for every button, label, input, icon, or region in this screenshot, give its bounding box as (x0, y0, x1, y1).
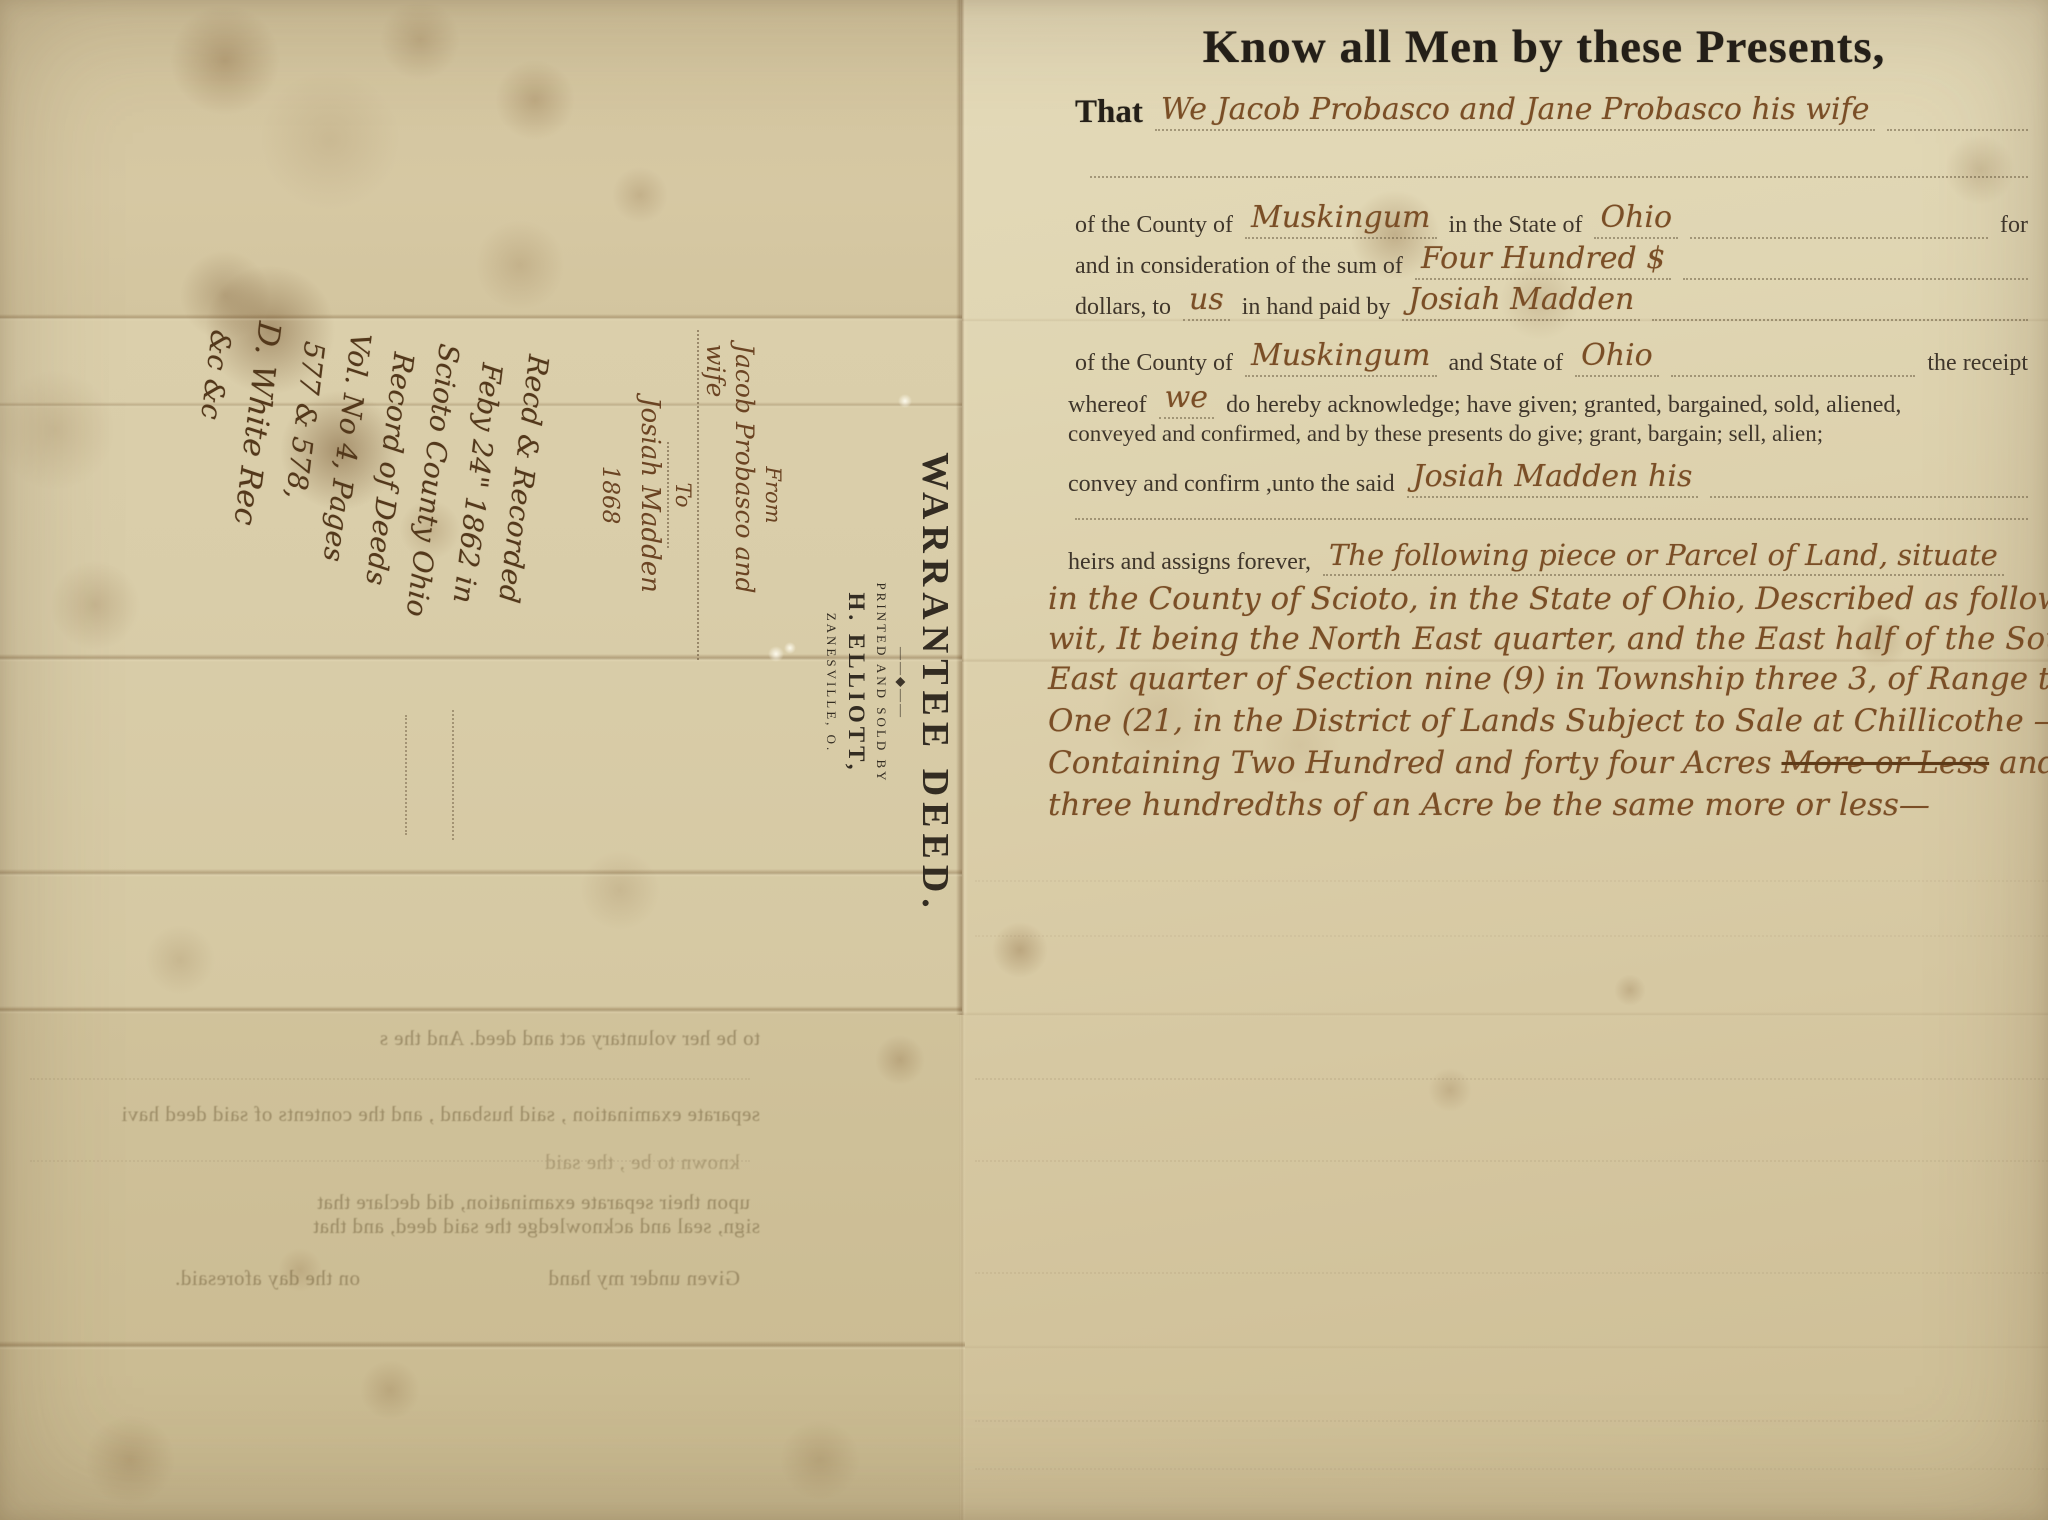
label-printed-by: PRINTED AND SOLD BY (873, 582, 889, 783)
handwritten-text: three hundredths of an Acre be the same … (1048, 787, 1930, 823)
handwritten-text: Ohio (1594, 200, 1678, 239)
label-title: WARRANTEE DEED. (913, 452, 957, 914)
deed-line: and in consideration of the sum of Four … (1075, 241, 2028, 280)
handwritten-text: Josiah Madden (1402, 282, 1640, 321)
paper-back-top (0, 0, 962, 320)
horizontal-crease (0, 1006, 962, 1014)
printed-text: do hereby acknowledge; have given; grant… (1226, 392, 1901, 419)
handwritten-text: East quarter of Section nine (9) in Town… (1048, 661, 2048, 697)
handwritten-text: wit, It being the North East quarter, an… (1048, 621, 2048, 657)
printed-text: and in consideration of the sum of (1075, 253, 1403, 280)
printed-text: of the County of (1075, 350, 1233, 377)
deed-line: That We Jacob Probasco and Jane Probasco… (1075, 92, 2028, 131)
handwritten-struck-text: More or Less (1782, 745, 1990, 781)
handwritten-text: Muskingum (1245, 338, 1437, 377)
deed-line (1075, 504, 2028, 520)
deed-line: heirs and assigns forever, The following… (1068, 538, 2028, 576)
warrantee-deed-label: WARRANTEE DEED. ——◆—— PRINTED AND SOLD B… (822, 488, 958, 878)
fold-highlight-speck (784, 642, 796, 654)
printed-text: dollars, to (1075, 294, 1171, 321)
bleedthrough-rule (975, 1420, 2048, 1422)
deed-line: dollars, to us in hand paid by Josiah Ma… (1075, 282, 2028, 321)
recorder-endorsement: Recd & Recorded Feby 24" 1862 in Scioto … (80, 306, 560, 873)
bleedthrough-rule (975, 1160, 2048, 1162)
handwritten-text: in the County of Scioto, in the State of… (1048, 581, 2048, 617)
paper-back-bottom (0, 1008, 962, 1520)
deed-line: in the County of Scioto, in the State of… (1048, 581, 2036, 617)
handwritten-text: Containing Two Hundred and forty four Ac… (1048, 745, 1772, 781)
bleedthrough-text: sign, seal and acknowledge the said deed… (60, 1214, 760, 1239)
bleedthrough-rule (30, 1078, 750, 1080)
handwritten-text: Four Hundred $ (1415, 241, 1671, 280)
docket-block: From Jacob Probasco and wife To Josiah M… (555, 330, 785, 660)
printed-text: of the County of (1075, 212, 1233, 239)
blank-line (1652, 313, 2028, 321)
printed-text: convey and confirm ,unto the said (1068, 471, 1395, 498)
printed-text: That (1075, 94, 1143, 131)
deed-line: of the County of Muskingum and State of … (1075, 338, 2028, 377)
handwritten-text: Josiah Madden his (1407, 459, 1699, 498)
handwritten-text: The following piece or Parcel of Land, s… (1323, 538, 2004, 576)
deed-line: One (21, in the District of Lands Subjec… (1048, 703, 2036, 739)
bleedthrough-rule (975, 1468, 2048, 1470)
docket-rule-line (405, 715, 407, 835)
handwritten-text: we (1159, 380, 1214, 419)
deed-line: wit, It being the North East quarter, an… (1048, 621, 2036, 657)
deed-line: East quarter of Section nine (9) in Town… (1048, 661, 2036, 697)
docket-grantee: Josiah Madden (635, 397, 665, 593)
handwritten-text: One (21, in the District of Lands Subjec… (1048, 703, 2048, 739)
docket-to-label: To (667, 442, 695, 547)
deed-line: conveyed and confirmed, and by these pre… (1068, 421, 2036, 447)
handwritten-text: Ohio (1575, 338, 1659, 377)
deed-heading: Know all Men by these Presents, (1040, 20, 2048, 74)
blank-line (1090, 170, 2028, 178)
printed-text: in hand paid by (1242, 294, 1391, 321)
bleedthrough-rule (975, 935, 2048, 937)
blank-line (1671, 369, 1916, 377)
bleedthrough-text: separate examination , said husband , an… (30, 1102, 760, 1127)
printed-text: heirs and assigns forever, (1068, 549, 1311, 576)
printed-text: for (2000, 212, 2028, 239)
horizontal-crease (962, 1012, 2048, 1017)
deed-line: Containing Two Hundred and forty four Ac… (1048, 745, 2036, 781)
bleedthrough-text: on the day aforesaid. (60, 1266, 360, 1291)
handwritten-text: Muskingum (1245, 200, 1437, 239)
printed-text: whereof (1068, 392, 1147, 419)
handwritten-text: We Jacob Probasco and Jane Probasco his … (1155, 92, 1876, 131)
bleedthrough-rule (30, 1160, 750, 1162)
deed-line: three hundredths of an Acre be the same … (1048, 787, 2036, 823)
printed-text: and State of (1449, 350, 1564, 377)
docket-rule-line (452, 710, 454, 840)
horizontal-crease (965, 1345, 2048, 1350)
blank-line (1075, 512, 2028, 520)
deed-line: convey and confirm ,unto the said Josiah… (1068, 459, 2028, 498)
deed-scan: Know all Men by these Presents, That We … (0, 0, 2048, 1520)
deed-line (1090, 162, 2028, 178)
bleedthrough-rule (975, 1272, 2048, 1274)
label-vendor: H. ELLIOTT, (843, 593, 869, 774)
deed-line: whereof we do hereby acknowledge; have g… (1068, 380, 2036, 419)
blank-line (1690, 231, 1988, 239)
bleedthrough-rule (975, 880, 2048, 882)
docket-grantor: Jacob Probasco and wife (697, 330, 759, 660)
printed-text: conveyed and confirmed, and by these pre… (1068, 421, 1823, 447)
fold-highlight-speck (898, 394, 912, 408)
bleedthrough-text: upon their separate examination, did dec… (150, 1190, 750, 1215)
vertical-fold-crease (959, 1015, 966, 1520)
label-place: ZANESVILLE, O. (823, 613, 839, 754)
blank-line (1710, 490, 2028, 498)
bleedthrough-text: Given under my hand (440, 1266, 740, 1291)
horizontal-crease (0, 1341, 965, 1350)
printed-text: the receipt (1927, 350, 2028, 377)
docket-year: 1868 (597, 466, 623, 525)
bleedthrough-text: to be her voluntary act and deed. And th… (30, 1026, 760, 1051)
bleedthrough-rule (975, 1078, 2048, 1080)
blank-line (1887, 123, 2028, 131)
printed-text: in the State of (1449, 212, 1583, 239)
ornament-icon: ——◆—— (893, 647, 909, 719)
docket-from-label: From (761, 466, 785, 523)
handwritten-text: and twenty (1999, 745, 2048, 781)
deed-line: of the County of Muskingum in the State … (1075, 200, 2028, 239)
bleedthrough-text: known to be , the said (360, 1150, 740, 1175)
handwritten-text: us (1183, 282, 1230, 321)
blank-line (1683, 272, 2028, 280)
